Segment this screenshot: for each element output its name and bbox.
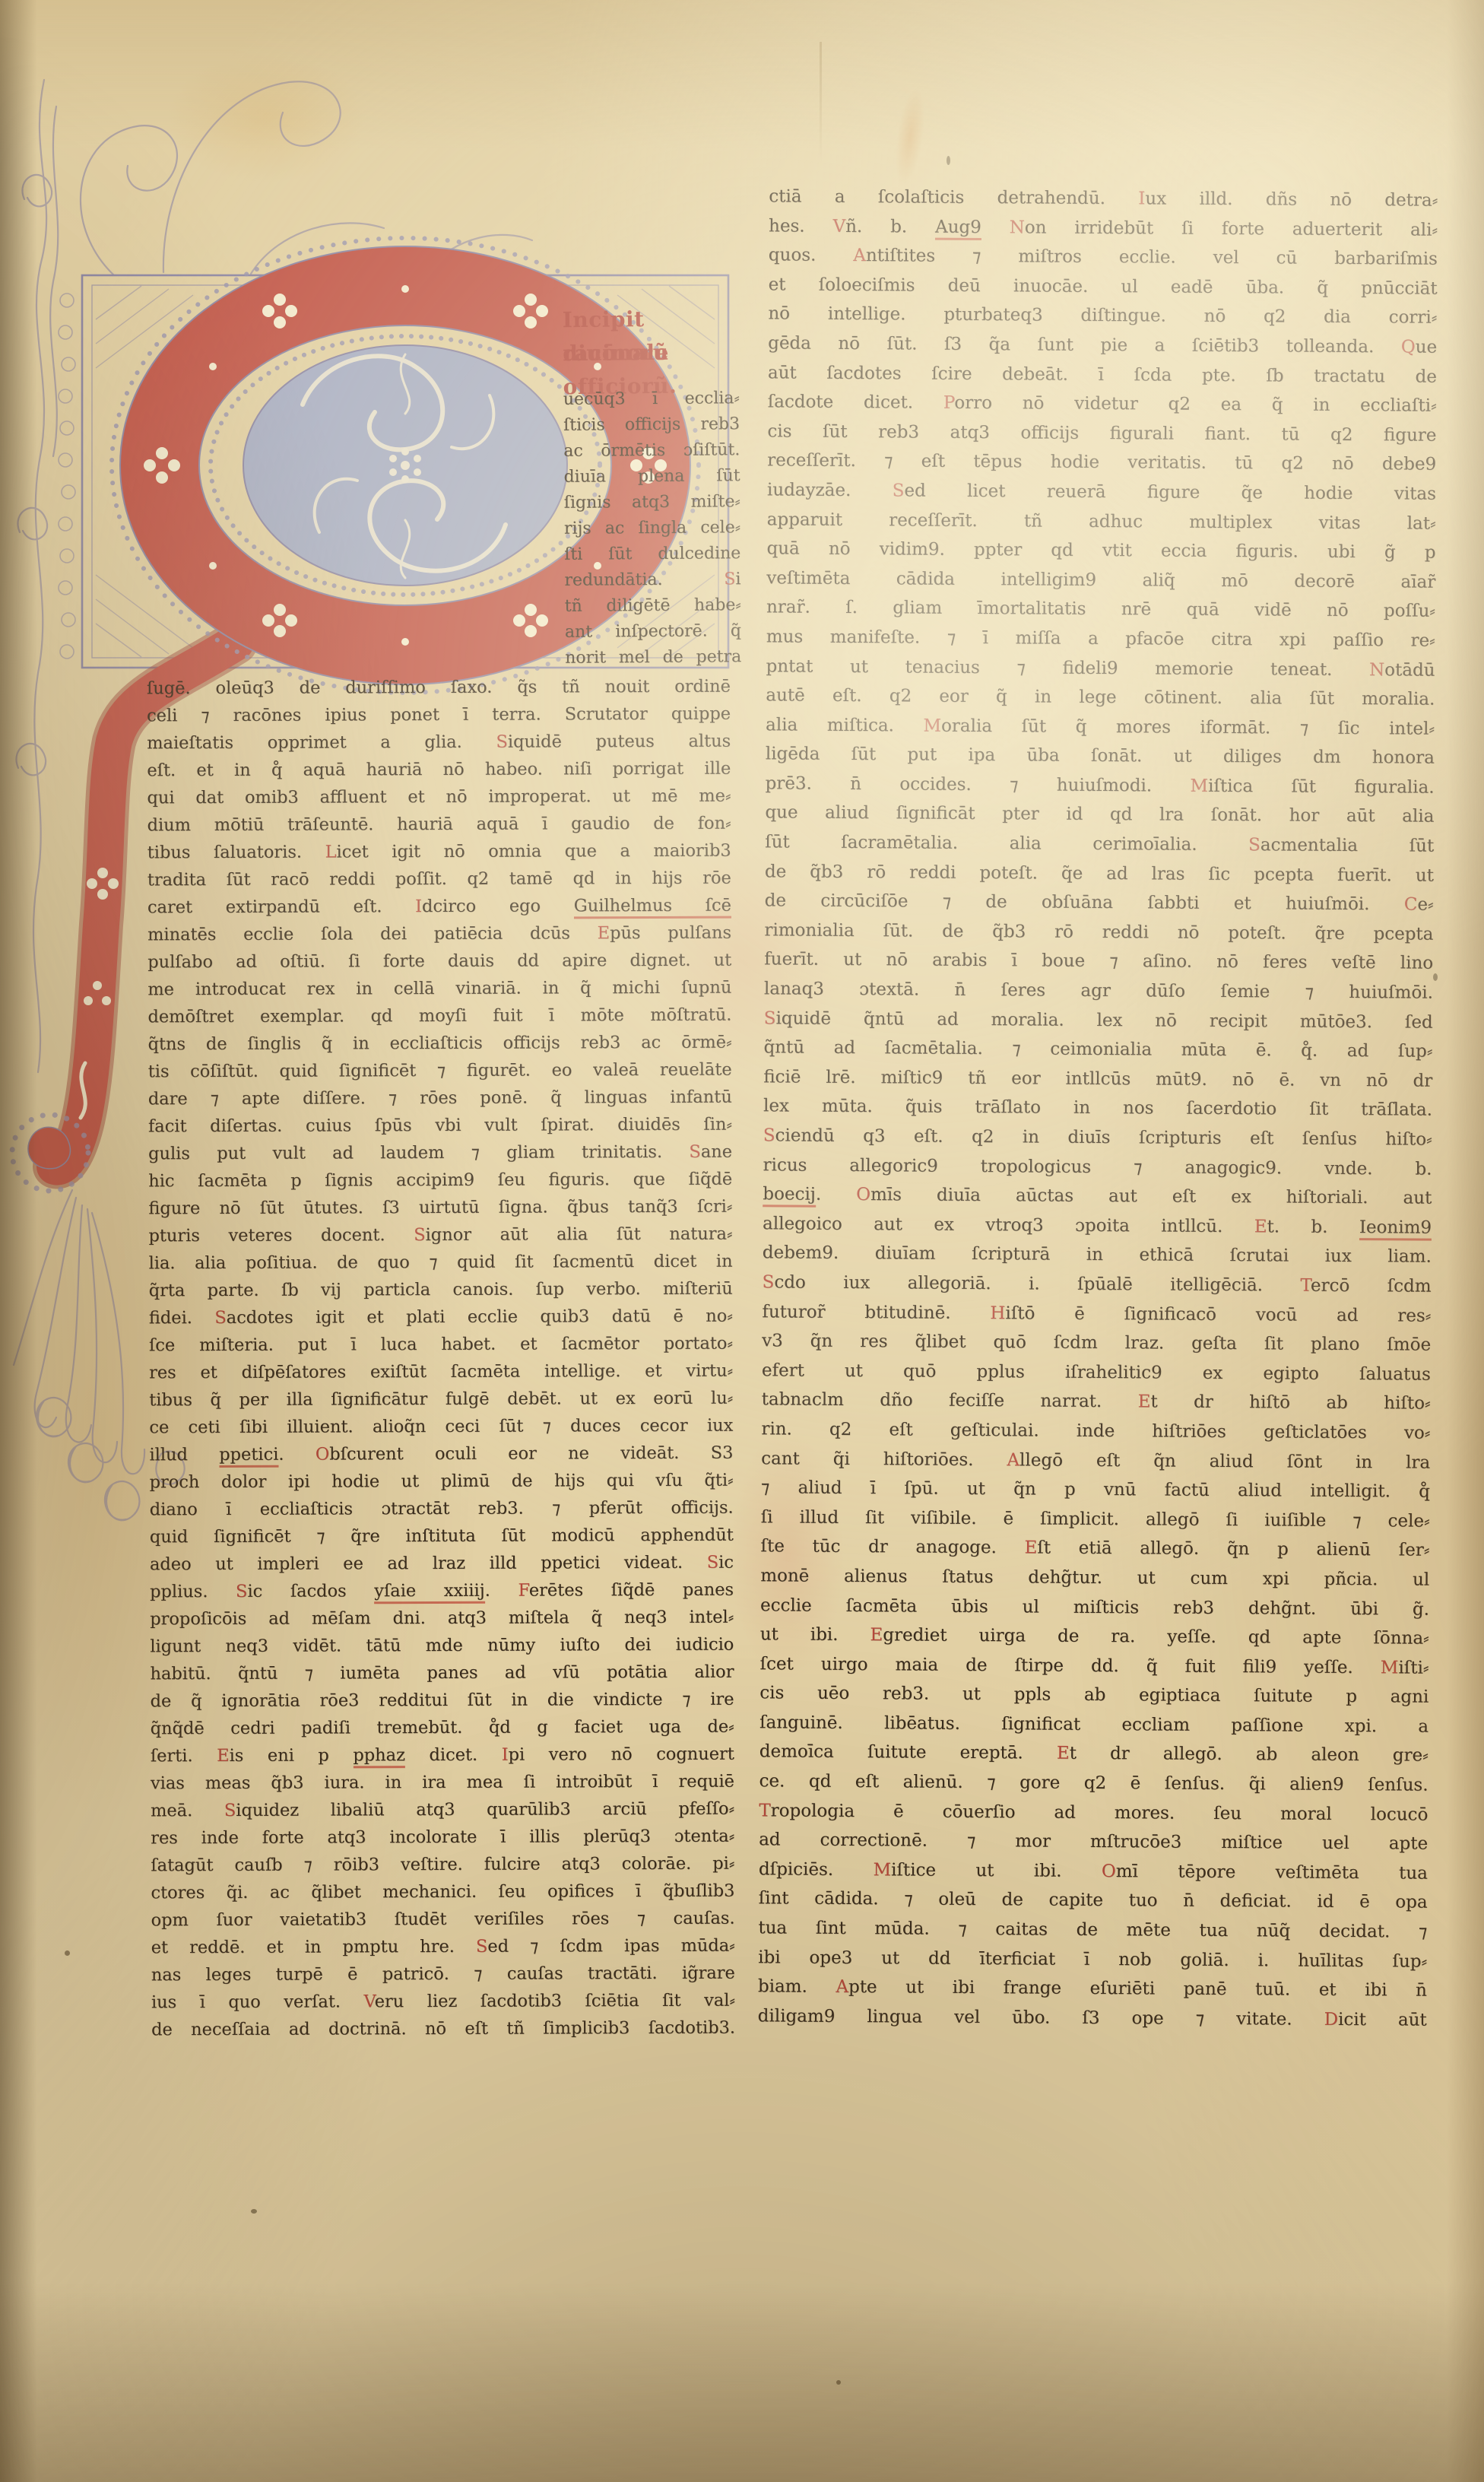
text-line: efert ut quō pplus iſrahelitic9 ex egipt… [762,1356,1431,1389]
text-line: que aliud ſignificāt pter id qd lra ſonā… [765,798,1434,832]
text-line: ibi ope3 ut dd īterficiat ī nob goliā. i… [758,1943,1427,1976]
stain [167,53,365,182]
text-line: adeo ut impleri ee ad lraz illd ppetici … [150,1549,734,1579]
text-line: rijs ac ſingla cele⸗ [564,515,740,542]
ink-speck [947,156,950,165]
text-line: ſce miſteria. put ī luca habet. et ſacmē… [149,1330,733,1360]
text-line: Incipit racōnale [563,302,745,338]
text-line: allegoico aut ex vtroq3 ɔpoita intllcū. … [763,1209,1432,1243]
text-line: figure nō ſūt ūtutes. ſ3 uirtutū ſigna. … [148,1193,732,1223]
text-line: Sciendū q3 eſt. q2 in diuīs ſcripturis e… [763,1121,1432,1154]
text-line: ecclie ſacmēta ūbis ul miſticis reb3 deh… [760,1591,1429,1624]
text-line: ctores q̃i. ac q̃libet mechanici. ſeu op… [151,1877,734,1907]
text-line: ut ibi. Egrediet uirga de ra. yeſſe. qd … [760,1620,1429,1653]
text-line: q̃nq̃dē cedri padiſi tremebūt. q̊d g fac… [151,1713,734,1743]
text-line: de q̃b3 rō reddi poteſt. q̃e ad lras ſic… [765,857,1434,890]
text-line: veſtimēta cādida intelligim9 aliq̃ mō de… [766,563,1435,597]
text-line: ſatagūt cauſb ⁊ rōib3 veſtire. fulcire a… [151,1850,734,1880]
text-line: q̃rta parte. ſb vij particla canois. ſup… [149,1275,733,1305]
text-line: prē3. n̄ occides. ⁊ huiuſmodi. Miſtica ſ… [765,769,1434,802]
text-line: propoſicōis ad mēſam dni. atq3 miſtela q… [150,1604,734,1633]
text-line: pturis veteres docent. Signor aūt alia ſ… [148,1220,732,1250]
text-line: gēda nō ſūt. ſ3 q̃a ſunt pie a ſciētib3 … [768,328,1437,362]
text-line: quid ſignificēt ⁊ q̃re inſtituta ſūt mod… [150,1522,734,1551]
text-line: ficiē lrē. miſtic9 tñ eor intllcūs mūt9.… [763,1062,1432,1096]
incipit-rubric: Incipit racōnalediuinorũ officiorũ. [563,302,746,371]
text-line: facit diſertas. cuius ſpūs vbi vult ſpir… [148,1111,732,1141]
text-line: ſte tūc dr anagoge. Eſt etiā allegō. q̃n… [760,1532,1429,1566]
text-line: pulſabo ad oſtiū. ſi forte dauis dd apir… [147,947,731,976]
text-line: quos. Antiſtites ⁊ miſtros ecclie. vel c… [769,241,1438,275]
text-line: pplius. Sic ſacdos yſaie xxiiij. Ferētes… [150,1576,734,1606]
text-line: diano ī eccliaſticis ɔtractāt reb3. ⁊ pf… [150,1494,734,1524]
text-line: lex mūta. q̃uis trāſlato in nos ſacerdot… [763,1092,1432,1125]
text-line: meā. Siquidez libaliū atq3 quarūlib3 arc… [151,1795,734,1825]
text-line: boecij. Omīs diuīa aūctas aut eſt ex hiſ… [763,1179,1432,1213]
text-line: demoīca ſuitute ereptā. Et dr allegō. ab… [759,1738,1429,1771]
text-line: tibus ſaluatoris. Licet igit nō omnia qu… [147,837,731,867]
text-line: dare ⁊ apte diſſere. ⁊ rōes ponē. q̃ lin… [148,1084,732,1113]
text-line: redundātia. Si [564,567,740,594]
text-line: ius ī quo verſat. Veru liez ſacdotib3 ſc… [151,1987,735,2017]
text-line: proch dolor ipi hodie ut plimū de hijs q… [150,1467,734,1496]
text-line: uecūq3 ī ecclia⸗ [563,386,740,413]
text-line: q̃ntū ad ſacmētalia. ⁊ ceimonialia mūta … [763,1033,1432,1067]
text-line: ricus allegoric9 tropologicus ⁊ anagogic… [763,1151,1432,1184]
text-line: gulis put vult ad laudem ⁊ gliam trinita… [148,1138,732,1168]
text-line: iudayzāe. Sed licet reuerā figure q̃e ho… [767,475,1436,509]
text-line: opm ſuor vaietatib3 ſtudēt veriſiles rōe… [151,1905,735,1934]
text-line: de q̃ ignorātia rōe3 redditui ſūt in die… [151,1686,734,1715]
text-line: ſacdote dicet. Porro nō videtur q2 ea q̃… [768,387,1437,421]
text-line: v3 q̃n res q̃libet quō ſcdm lraz. geſta … [762,1326,1431,1360]
text-line: me introducat rex in cellā vinariā. in q… [147,974,731,1004]
text-line: tabnaclm dño feciſſe narrat. Et dr hiſtō… [762,1385,1431,1419]
text-line: et reddē. et in pmptu hre. Sed ⁊ ſcdm ip… [151,1932,735,1962]
text-line: ce ceti ſibi illuient. alioq̃n ceci ſūt … [149,1412,733,1442]
text-line: ſignis atq3 miſte⸗ [564,489,740,516]
text-line: res et diſpēſatores exiſtūt ſacmēta inte… [149,1357,733,1387]
ink-speck [836,2380,841,2385]
text-line: Tropologia ē cōuerſio ad mores. ſeu mora… [759,1796,1428,1830]
text-line: minatēs ecclie ſola dei patiēcia dcūs Ep… [147,919,731,949]
text-line: ſerti. Eis eni p pphaz dicet. Ipi vero n… [151,1741,734,1770]
text-line: ce. qd eſt alienū. ⁊ gore q2 ē ſenſus. q… [759,1766,1428,1800]
text-line: nō intellige. pturbateq3 diſtingue. nō q… [768,300,1437,333]
initial-rosette [389,448,421,483]
text-line: q̃tns de ſinglis q̃ in eccliaſticis offi… [147,1029,731,1058]
ink-speck [251,2209,257,2214]
left-column-intro: uecūq3 ī ecclia⸗ſticis officijs reb3ac ō… [563,386,742,671]
text-line: ligunt neq3 vidēt. tātū mde nūmy iuſto d… [150,1631,734,1661]
ink-speck [65,1950,70,1956]
text-line: alia miſtica. Moralia ſūt q̃ mores iform… [766,710,1435,744]
text-line: tibus q̃ per illa ſignificātur fulgē deb… [149,1385,733,1414]
text-line: hic ſacmēta p ſignis accipim9 ſeu figuri… [148,1166,732,1195]
stain [890,86,930,187]
text-line: ſint cādida. ⁊ oleū de capite tuo n̄ def… [759,1884,1428,1918]
text-line: Siquidē q̃ntū ad moralia. lex nō recipit… [764,1004,1433,1037]
text-line: Scdo iux allegoriā. i. ſpūalē itelligēci… [762,1268,1431,1301]
right-text-column: ctiā a ſcolaſticis detrahendū. Iux illd.… [758,182,1438,2035]
text-line: cis ſūt reb3 atq3 officijs figurali fian… [767,417,1436,450]
text-line: ſanguinē. libēatus. ſignificat eccliam p… [759,1708,1429,1741]
text-line: ant inſpectorē. q̃ [565,618,741,646]
text-line: nrar̃. ſ. gliam īmortalitatis nrē quā vi… [766,593,1435,627]
manuscript-page: Incipit racōnalediuinorũ officiorũ. Q ue… [0,0,1484,2482]
text-line: ⁊ aliud ī ſpū. ut q̃n p vnū factū aliud … [761,1473,1430,1506]
text-line: mus manifeſte. ⁊ ī miſſa a pfacōe citra … [766,622,1435,655]
crease [820,42,822,163]
text-line: tua ſint mūda. ⁊ caitas de mēte tua nūq̃… [758,1913,1427,1947]
text-line: rimonialia ſūt. de q̃b3 rō reddi nō pote… [764,916,1433,949]
text-line: celi ⁊ racōnes ipius ponet ī terra. Scru… [147,700,731,730]
text-line: tñ diligētē habe⸗ [565,592,741,620]
text-line: futuror̃ btitudinē. Hiſtō ē ſignificacō … [762,1297,1431,1331]
text-line: cant q̃i hiſtoriōes. Allegō eſt q̃n aliu… [761,1444,1430,1477]
text-line: ſi illud ſit viſibile. ē ſimplicit. alle… [761,1503,1430,1536]
text-line: receſſerīt. ⁊ eſt tēpus hodie veritatis.… [767,446,1436,480]
text-line: tradita ſūt racō reddi poſſit. q2 tamē q… [147,865,731,894]
text-line: quā nō vidim9. ppter qd vtit eccia figur… [766,534,1435,567]
text-line: illud ppetici. Obſcurent oculi eor ne vi… [149,1439,733,1469]
text-line: cis uēo reb3. ut ppls ab egiptiaca ſuitu… [759,1679,1429,1712]
ink-speck [1433,973,1438,981]
text-line: monē alienus ſtatus dehg̃tur. ut cum xpi… [760,1561,1429,1595]
text-line: ligēda ſūt put ipa ūba ſonāt. ut diliges… [766,740,1435,773]
text-line: biam. Apte ut ibi frange eſuriēti panē t… [758,1973,1427,2006]
text-line: lanaq3 ɔtextā. n̄ ſeres agr dūſo ſemie ⁊… [764,974,1433,1008]
text-line: ac ōrmētis ɔſiſtūt. [563,437,740,465]
text-line: lia. alia poſitiua. de quo ⁊ quid ſit ſa… [148,1248,732,1277]
text-line: ſticis officijs reb3 [563,411,740,439]
text-line: et ſoloeciſmis deū inuocāe. ul eadē ūba.… [768,270,1437,303]
text-line: norit mel de petra [565,644,741,671]
text-line: apparuit receſſerīt. tñ adhuc multiplex … [767,505,1436,538]
text-line: de circūciſōe ⁊ de obſuāna ſabbti et hui… [765,887,1434,920]
text-line: de neceſſaia ad doctrinā. nō eſt tñ ſimp… [151,2014,735,2044]
text-line: aūt ſacdotes ſcire debeāt. ī ſcda pte. ſ… [768,358,1437,392]
left-text-column: ſugē. oleūq3 de duriſſimo ſaxo. q̃s tñ n… [147,673,735,2044]
text-line: ctiā a ſcolaſticis detrahendū. Iux illd.… [769,182,1438,215]
text-line: fidei. Sacdotes igit et plati ecclie qui… [149,1303,733,1332]
text-line: pntat ut tenacius ⁊ fideli9 memorie tene… [766,652,1435,685]
text-line: debem9. diuīam ſcripturā in ethicā ſcrut… [763,1239,1432,1272]
text-line: dſpiciēs. Miſtice ut ibi. Omī tēpore veſ… [759,1855,1428,1888]
text-line: ſti ſūt dulcedine [564,541,740,568]
text-line: diuīa plena ſūt [563,463,740,490]
text-line: fuerīt. ut nō arabis ī boue ⁊ aſino. nō … [764,945,1433,979]
text-line: demōſtret exemplar. qd moyſi fuit ī mōte… [147,1001,731,1031]
text-line: habitū. q̃ntū ⁊ iumēta panes ad vſū potā… [150,1658,734,1688]
text-line: ſugē. oleūq3 de duriſſimo ſaxo. q̃s tñ n… [147,673,731,703]
text-line: diligam9 lingua vel ūbo. ſ3 ope ⁊ vitate… [758,2001,1427,2035]
text-line: ſūt ſacramētalia. alia cerimoīalia. Sacm… [765,827,1434,861]
text-line: rin. q2 eſt geſticulai. inde hiſtriōes g… [761,1414,1430,1448]
text-line: ſcet uirgo maia de ſtirpe dd. q̃ fuit fi… [759,1649,1429,1683]
text-line: hes. Vñ. b. Aug9 Non irridebūt ſi forte … [769,211,1438,245]
text-line: vias meas q̃b3 iura. in ira mea ſi intro… [151,1768,734,1798]
text-line: maieſtatis opprimet a glia. Siquidē pute… [147,728,731,757]
text-line: nas leges turpē ē patricō. ⁊ cauſas trac… [151,1960,735,1989]
text-line: eſt. et in q̊ aquā hauriā nō habeo. niſi… [147,755,731,785]
text-line: diuinorũ officiorũ. [563,335,745,371]
text-line: tis cōſiſtūt. quid ſignificēt ⁊ figurēt.… [148,1056,732,1086]
text-line: ad correctionē. ⁊ mor mſtrucōe3 miſtice … [759,1826,1428,1859]
text-line: autē eſt. q2 eor q̃ in lege cōtinent. al… [766,681,1435,714]
text-line: dium mōtiū trāſeuntē. hauriā aquā ī gaud… [147,810,731,839]
text-line: caret extirpandū eſt. Idcirco ego Guilhe… [147,892,731,922]
text-line: qui dat omib3 affluent et nō improperat.… [147,782,731,812]
text-line: res inde forte atq3 incolorate ī illis p… [151,1823,734,1852]
